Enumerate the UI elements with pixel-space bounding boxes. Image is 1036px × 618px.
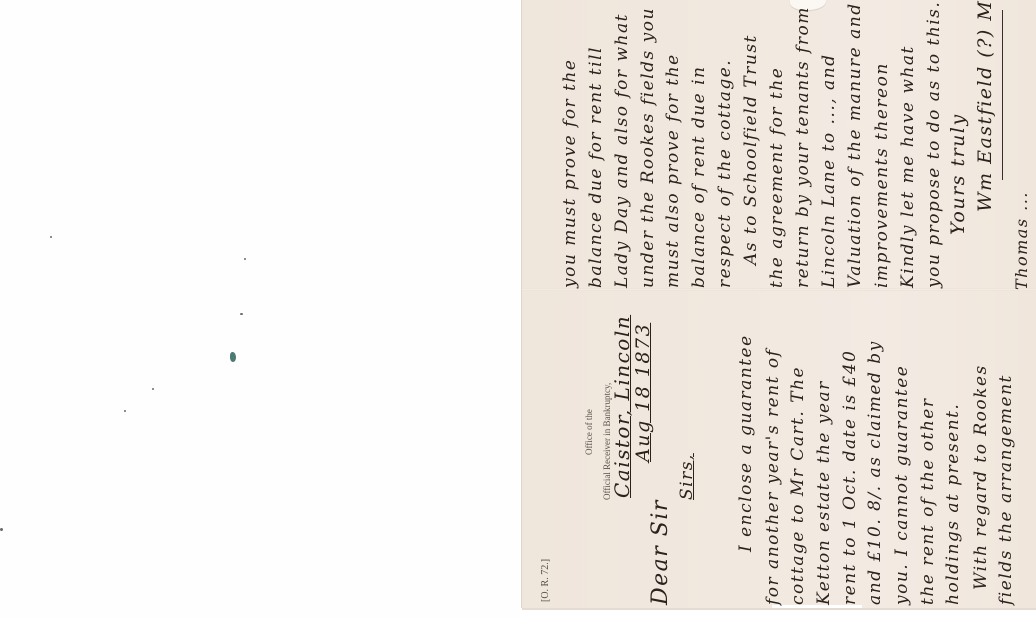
body-line: balance due for rent till — [586, 46, 606, 288]
body-line: Valuation of the manure and — [845, 2, 865, 288]
signature-flourish — [1002, 10, 1003, 180]
secondary-salutation: Sirs, — [677, 453, 697, 500]
body-line: I enclose a guarantee — [736, 334, 756, 552]
body-line: you must prove for the — [560, 59, 580, 288]
body-line: respect of the cottage. — [715, 59, 735, 288]
body-line: and £10. 8/. as claimed by — [865, 340, 885, 605]
date: Aug 18 1873 — [632, 323, 654, 462]
form-number: [O. R. 72.] — [540, 559, 551, 602]
body-line: cottage to Mr Cart. The — [788, 366, 808, 605]
body-line: the agreement for the — [767, 67, 787, 288]
dust-speck — [0, 528, 3, 531]
paper-edge-notch — [772, 605, 862, 608]
body-line: As to Schoolfield Trust — [741, 34, 761, 265]
letter-sheet: [O. R. 72.] Office of the Official Recei… — [522, 0, 1036, 608]
body-line: you propose to do as to this. — [924, 1, 944, 288]
dust-speck — [152, 388, 154, 390]
closing: Yours truly — [947, 113, 969, 235]
body-line: the rent of the other — [918, 398, 938, 606]
body-line: fields the arrangement — [996, 374, 1016, 605]
body-line: Kindly let me have what — [898, 45, 918, 288]
scan-background — [0, 0, 520, 618]
body-line: holdings at present. — [943, 403, 963, 605]
dust-speck — [50, 236, 52, 238]
dust-speck — [244, 258, 246, 260]
salutation: Dear Sir — [648, 499, 673, 605]
body-line: rent to 1 Oct. date is £40 — [840, 350, 860, 605]
body-line: Lincoln Lane to ..., and — [819, 53, 839, 288]
ink-blot — [230, 352, 236, 362]
body-line: With regard to Rookes — [971, 364, 991, 590]
body-line: under the Rookes fields you — [638, 7, 658, 288]
body-line: improvements thereon — [872, 62, 892, 288]
body-line: for another year's rent of — [763, 349, 783, 605]
body-line: return by your tenants from — [793, 6, 813, 288]
letterhead-line-1: Office of the — [584, 409, 594, 455]
dust-speck — [240, 313, 243, 315]
body-line: Lady Day and also for what — [612, 13, 632, 288]
place: Caistor, Lincoln — [610, 315, 634, 498]
fold-crease — [522, 288, 1036, 291]
dust-speck — [124, 410, 126, 412]
body-line: Ketton estate the year — [814, 380, 834, 605]
body-line: must also prove for the — [663, 53, 683, 288]
signature-trailing: Thomas ... — [1012, 191, 1031, 290]
body-line: you. I cannot guarantee — [892, 365, 912, 605]
signature: Wm Eastfield (?) Mundy — [974, 0, 996, 212]
body-line: balance of rent due in — [689, 65, 709, 288]
